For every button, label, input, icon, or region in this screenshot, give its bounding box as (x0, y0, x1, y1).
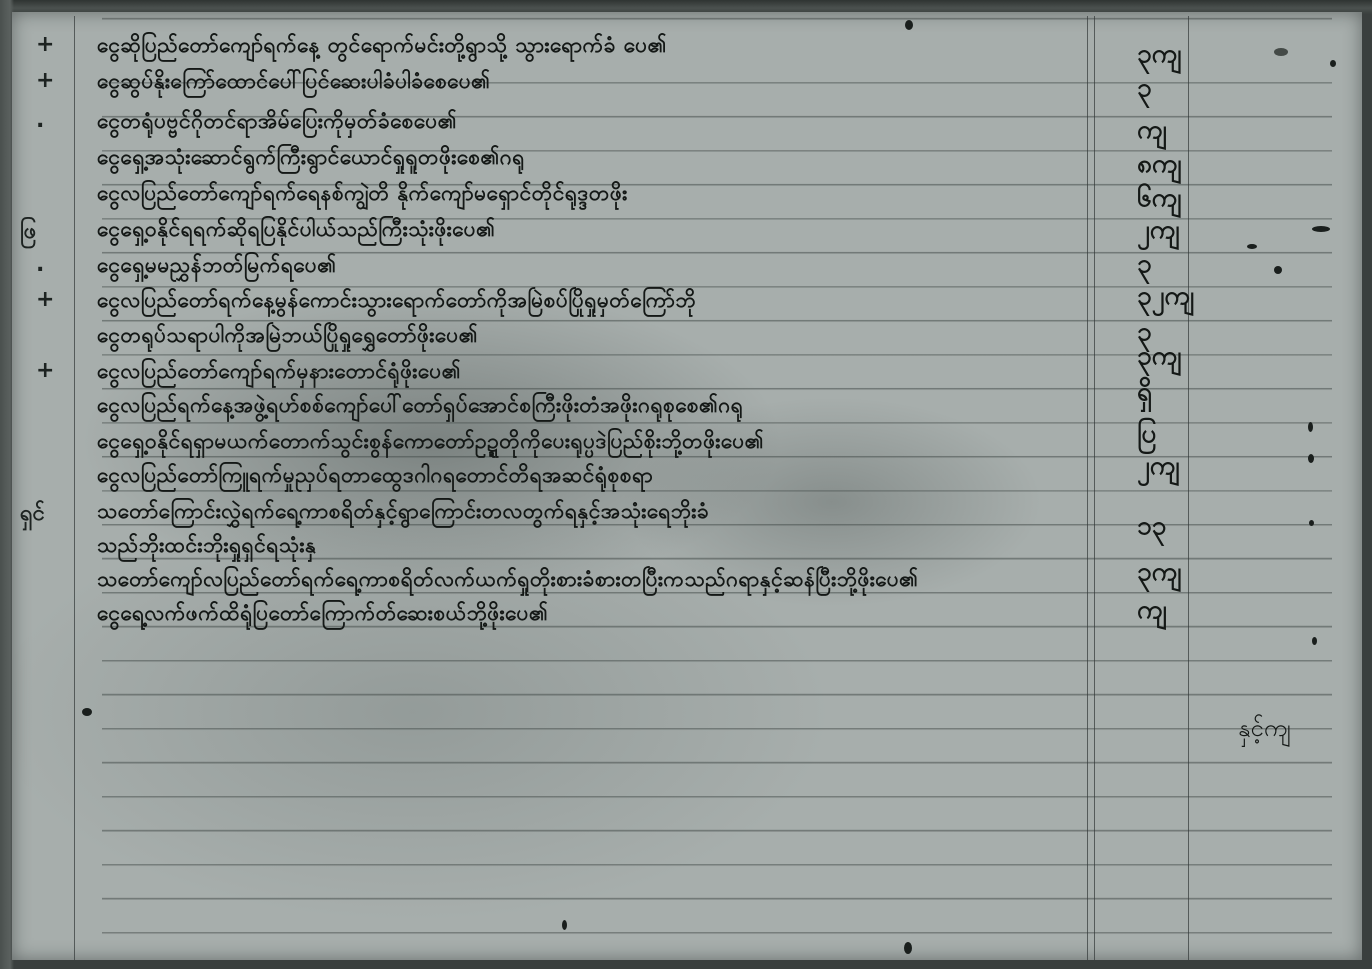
margin-mark: + (36, 358, 54, 383)
manuscript-line: ငွေရှေ့အသုံးဆောင်ရွက်ကြီးရွာင်ယောင်ရှုရူ… (97, 144, 525, 175)
signature-note: နှင့်ကျ (1238, 712, 1291, 748)
amount-entry: ၃ (1137, 70, 1152, 109)
ink-speck (1308, 454, 1314, 463)
margin-mark: . (36, 252, 44, 277)
ink-speck (1274, 266, 1282, 274)
manuscript-line: ငွေရှေ့ဝနိုင်ရရှာမယက်တောက်သွင်းစွန်ကောတေ… (97, 428, 764, 459)
ink-speck (82, 708, 92, 716)
ink-speck (562, 920, 567, 930)
amount-entry: ကျ (1137, 592, 1167, 631)
manuscript-line: ငွေဆိုပြည်တော်ကျော်ရက်နေ့ တွင်ရောက်မင်းတ… (97, 32, 667, 63)
manuscript-line: ငွေလပြည်တော်ကျော်ရက်မှနားတောင်ရုံဖိုးပေ၏ (97, 358, 461, 389)
ink-speck (1312, 226, 1330, 232)
ink-speck (904, 942, 912, 954)
ink-speck (1308, 422, 1313, 432)
manuscript-line: ငွေလပြည်တော်ကြူရက်မှုညှပ်ရတာထွေဒဂါဂရတောင… (97, 462, 653, 493)
manuscript-line: သည်ဘိုးထင်းဘိုးရှုရှင်ရသုံးနှ (97, 532, 316, 563)
ruled-paper-page: ငွေဆိုပြည်တော်ကျော်ရက်နေ့ တွင်ရောက်မင်းတ… (12, 12, 1362, 960)
ink-speck (1309, 520, 1314, 526)
amount-entry: ၂ကျ (1137, 448, 1179, 487)
margin-mark: + (36, 32, 54, 57)
manuscript-line: ငွေလပြည်တော်ကျော်ရက်ရေနစ်ကျွဲတိ နိုက်ကျေ… (97, 180, 628, 211)
margin-mark: + (36, 287, 54, 312)
manuscript-line: ငွေရှေ့ဝနိုင်ရရက်ဆိုရပြနိုင်ပါယ်သည်ကြီးသ… (97, 216, 495, 247)
ink-speck (1330, 60, 1336, 67)
ink-speck (1312, 637, 1317, 645)
amount-entry: ၁၃ (1137, 508, 1166, 547)
manuscript-content: ငွေဆိုပြည်တော်ကျော်ရက်နေ့ တွင်ရောက်မင်းတ… (12, 12, 1362, 960)
amount-entry: ၃ကျ (1137, 338, 1181, 377)
manuscript-line: ငွေတရုံပဗ္ဗင်ဂိုတင်ရာအိမ်ပြေးကိုမှတ်ခံစေ… (97, 108, 457, 139)
manuscript-line: သတော်ကျော်လပြည်တော်ရက်ရေ့ကာစရိတ်လက်ယက်ရှ… (97, 566, 918, 597)
manuscript-line: ငွေလပြည်ရက်နေ့အဖွဲ့ရဟ်စစ်ကျော်ပေါ်တော်ရှ… (97, 392, 743, 423)
ink-speck (905, 20, 913, 30)
manuscript-line: ငွေလပြည်တော်ရက်နေ့မွန်ကောင်းသွားရောက်တော… (97, 287, 696, 318)
manuscript-line: ငွေတရုပ်သရာပါကိုအမြဲဘယ်ပြိုရှုရွှေတော်ဖိ… (97, 322, 478, 353)
margin-mark: ရှင် (20, 498, 45, 531)
manuscript-line: ငွေရေ့လက်ဖက်ထိရုံပြတော်ကြောက်တ်ဆေးစယ်ဘို… (97, 600, 548, 631)
manuscript-line: သတော်ကြောင်းလွှဲရက်ရေ့ကာစရိတ်နှင့်ရွာကြေ… (97, 498, 709, 529)
margin-mark: . (36, 108, 44, 133)
ink-blot (1274, 48, 1288, 56)
margin-mark: ဖြ (20, 216, 36, 249)
manuscript-scan: ငွေဆိုပြည်တော်ကျော်ရက်နေ့ တွင်ရောက်မင်းတ… (0, 0, 1372, 969)
amount-entry: ၃ကျ (1137, 554, 1181, 593)
manuscript-line: ငွေဆွပ်နိုးကြော်ထောင်ပေါ်ပြင်ဆေးပါခံပါခံ… (97, 68, 490, 99)
amount-entry: ၃၂ကျ (1137, 278, 1194, 317)
margin-mark: + (36, 68, 54, 93)
manuscript-line: ငွေရှေ့မမညွှန်ဘတ်မြက်ရပေ၏ (97, 252, 336, 283)
ink-speck (1247, 244, 1257, 249)
amount-entry: ရှိ (1137, 374, 1152, 413)
